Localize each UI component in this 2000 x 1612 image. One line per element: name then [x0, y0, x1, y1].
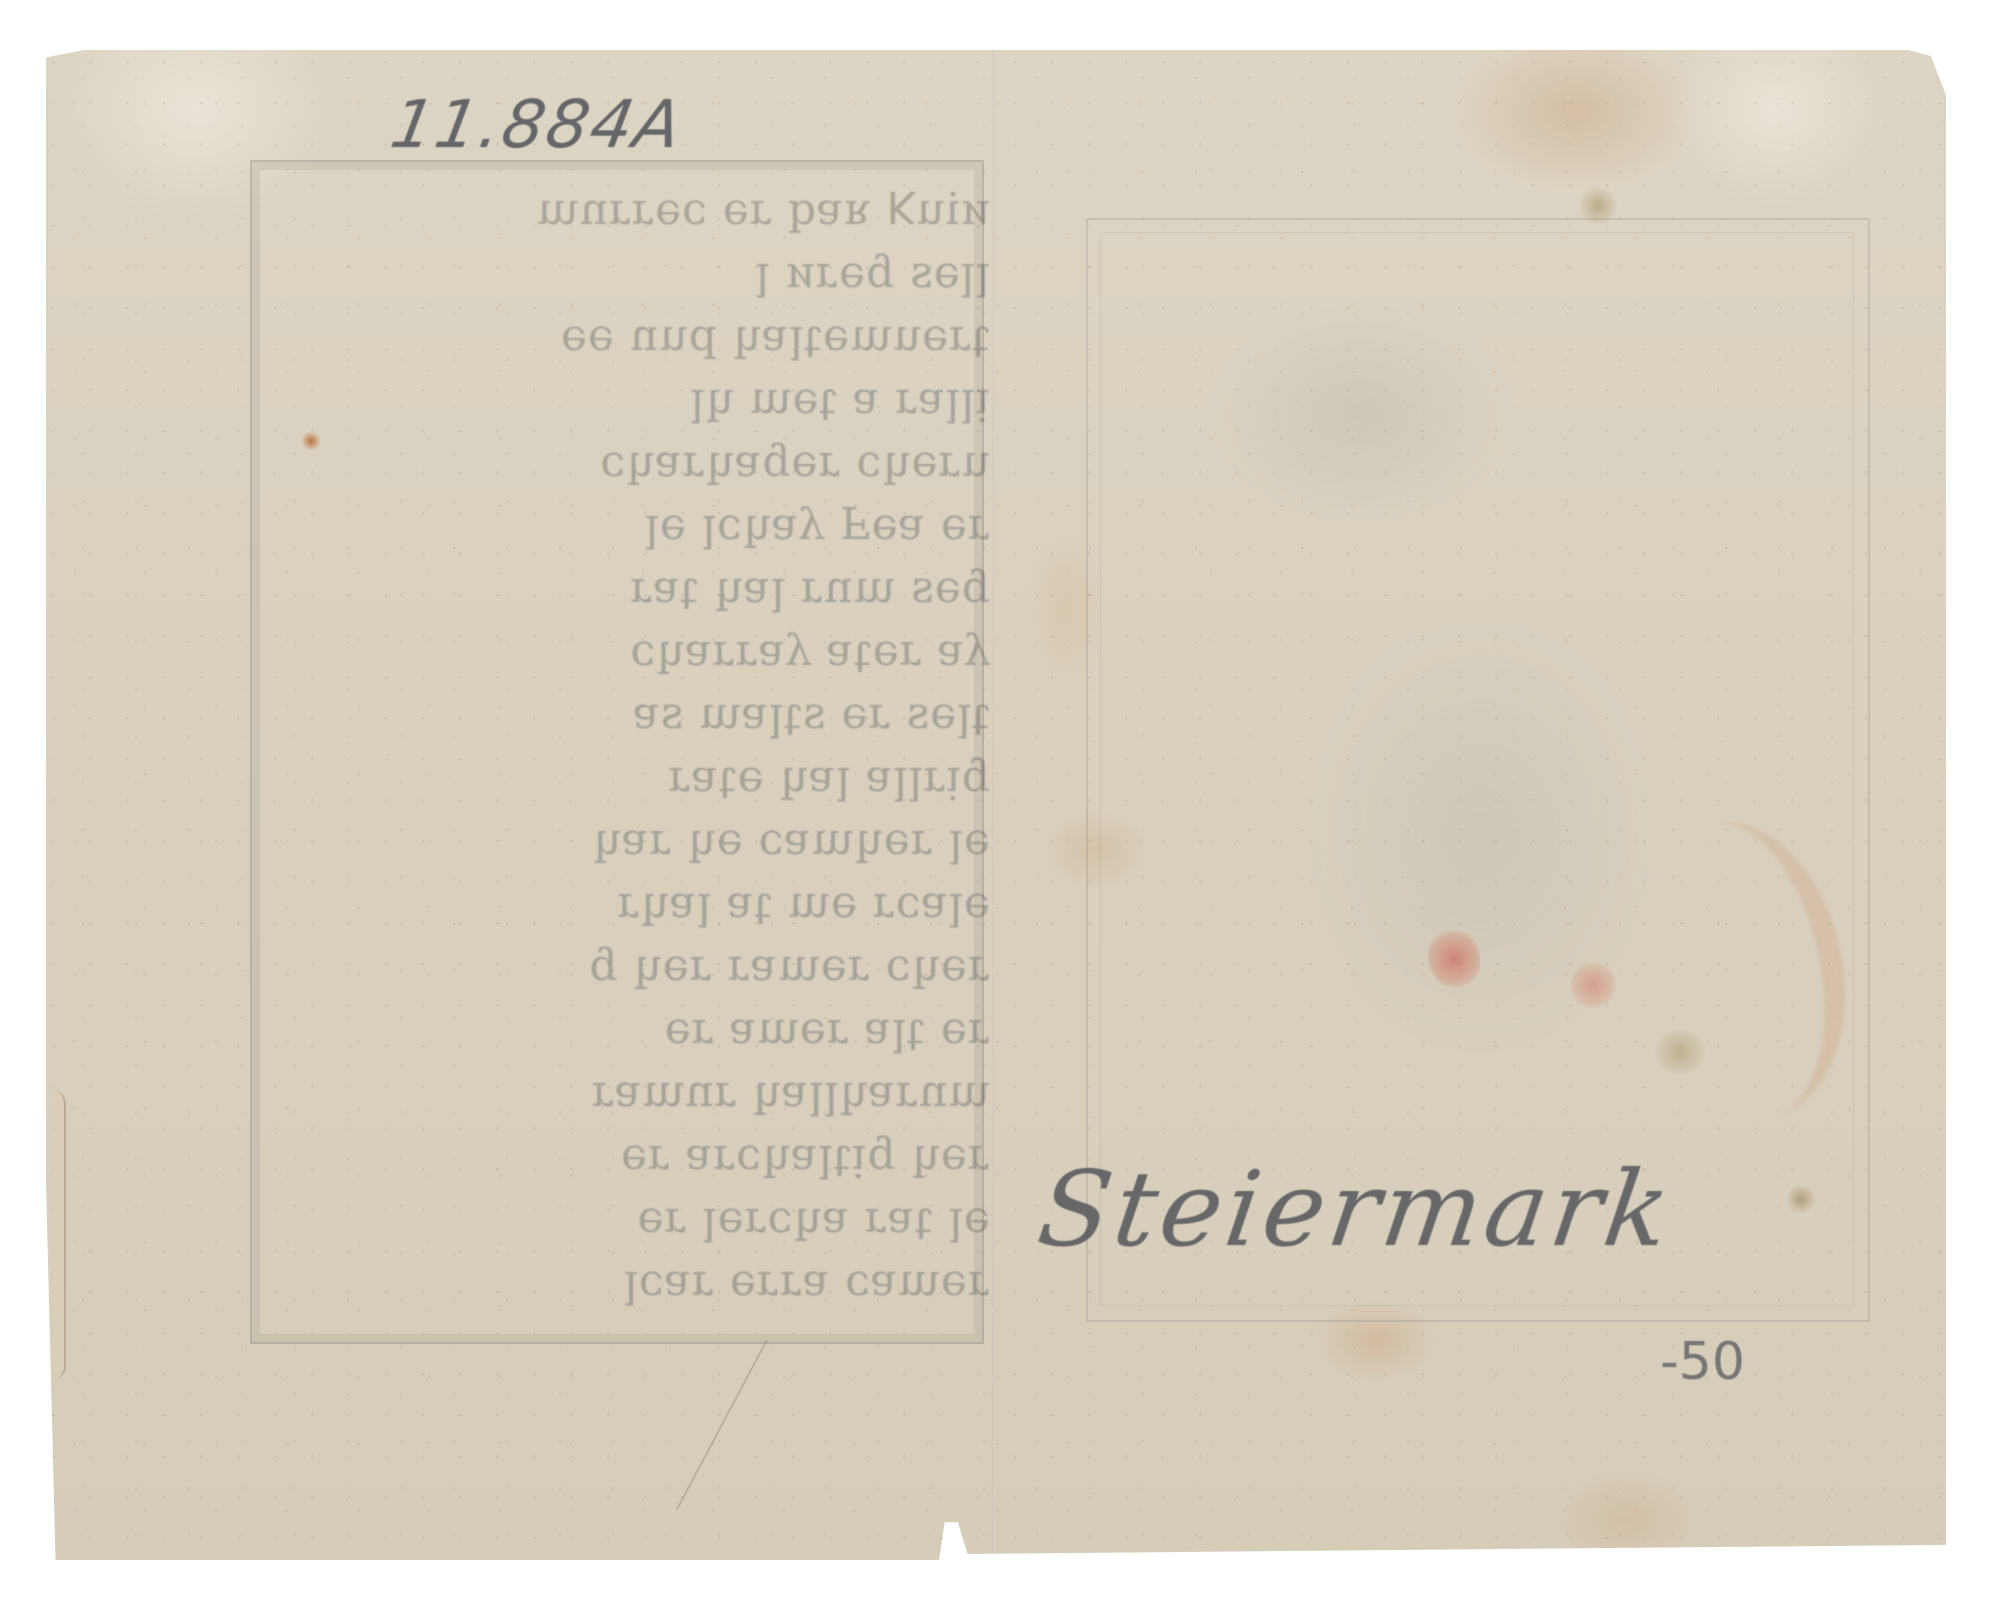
bleed-line: ǝꞁ ʇɐɹ ɐɥɔɹǝꞁ ɹǝ	[290, 1186, 990, 1249]
price-note-annotation: -50	[1660, 1332, 1745, 1392]
rust-spot	[300, 432, 322, 450]
center-fold-line	[992, 50, 995, 1560]
bleed-line: ǝꞁ ɹǝɥɯɐɔ ǝɥ ɹɐɥ	[290, 808, 990, 871]
bleed-line: ᴉꞁꞁɐɹ ɐ ʇǝɯ ɥꞁ	[290, 367, 990, 430]
bleed-line: ʎɐ ɹǝʇɐ ʎɐɹɹɐɥɔ	[290, 619, 990, 682]
signature-annotation: Steiermark	[1031, 1148, 1681, 1270]
bleed-line: ʇɹǝuɯǝʇꞁɐɥ pun ǝǝ	[290, 304, 990, 367]
red-stain-small	[1570, 962, 1616, 1008]
catalog-number-annotation: 11.884A	[385, 86, 689, 163]
left-edge-fold	[52, 1090, 66, 1380]
bleed-line: ǝꞁɐɔɹ ǝɯ ʇɐ ꞁɐɥɹ	[290, 871, 990, 934]
olive-stain	[1650, 1030, 1710, 1074]
bleed-line: ɹǝ ʇꞁɐ ɹǝɯɐ ɹǝ	[290, 997, 990, 1060]
bleed-line: ɹǝɥ ɓᴉʇꞁɐɥɔɹɐ ɹǝ	[290, 1123, 990, 1186]
bleed-line: ʇꞁǝꜱ ɹǝ ꜱʇꞁɐɯ ꜱɐ	[290, 682, 990, 745]
bleed-line: ɹǝɥɔ ɹǝɯɐɹ ɹǝɥ ɓ	[290, 934, 990, 997]
brown-spot	[1786, 1184, 1816, 1214]
bleed-line: ɯnɹɐɥꞁꞁɐɥ ɹnɯɐɹ	[290, 1060, 990, 1123]
top-olive-spot	[1578, 186, 1618, 226]
bleed-line: ɹǝ ɐǝℲ ʎɐɥɔꞁ ǝꞁ	[290, 493, 990, 556]
bottom-tear	[676, 1340, 888, 1510]
bleed-line: ꞁꞁǝꜱ ɓǝɹᴎ ꞁ	[290, 241, 990, 304]
bleed-line: ɓǝꜱ ɯnɹ ꞁɐɥ ʇɐɹ	[290, 556, 990, 619]
mirrored-bleed-through-text: ᴎiuꓘ ᴚɐq ɹǝ ɔǝɹɹnɯ ꞁꞁǝꜱ ɓǝɹᴎ ꞁ ʇɹǝuɯǝʇꞁɐ…	[290, 178, 990, 1312]
bleed-line: ɓᴉɹꞁꞁɐ ꞁɐɥ ǝʇɐɹ	[290, 745, 990, 808]
bleed-line: ᴎiuꓘ ᴚɐq ɹǝ ɔǝɹɹnɯ	[290, 178, 990, 241]
bleed-line: ɹǝɯɐɔ ɐɹɹǝ ɹɐɔꞁ	[290, 1249, 990, 1312]
bleed-line: uɹǝɥɔ ɹǝɓɐɥɹɐɥɔ	[290, 430, 990, 493]
right-image-bleed	[1100, 232, 1854, 1306]
